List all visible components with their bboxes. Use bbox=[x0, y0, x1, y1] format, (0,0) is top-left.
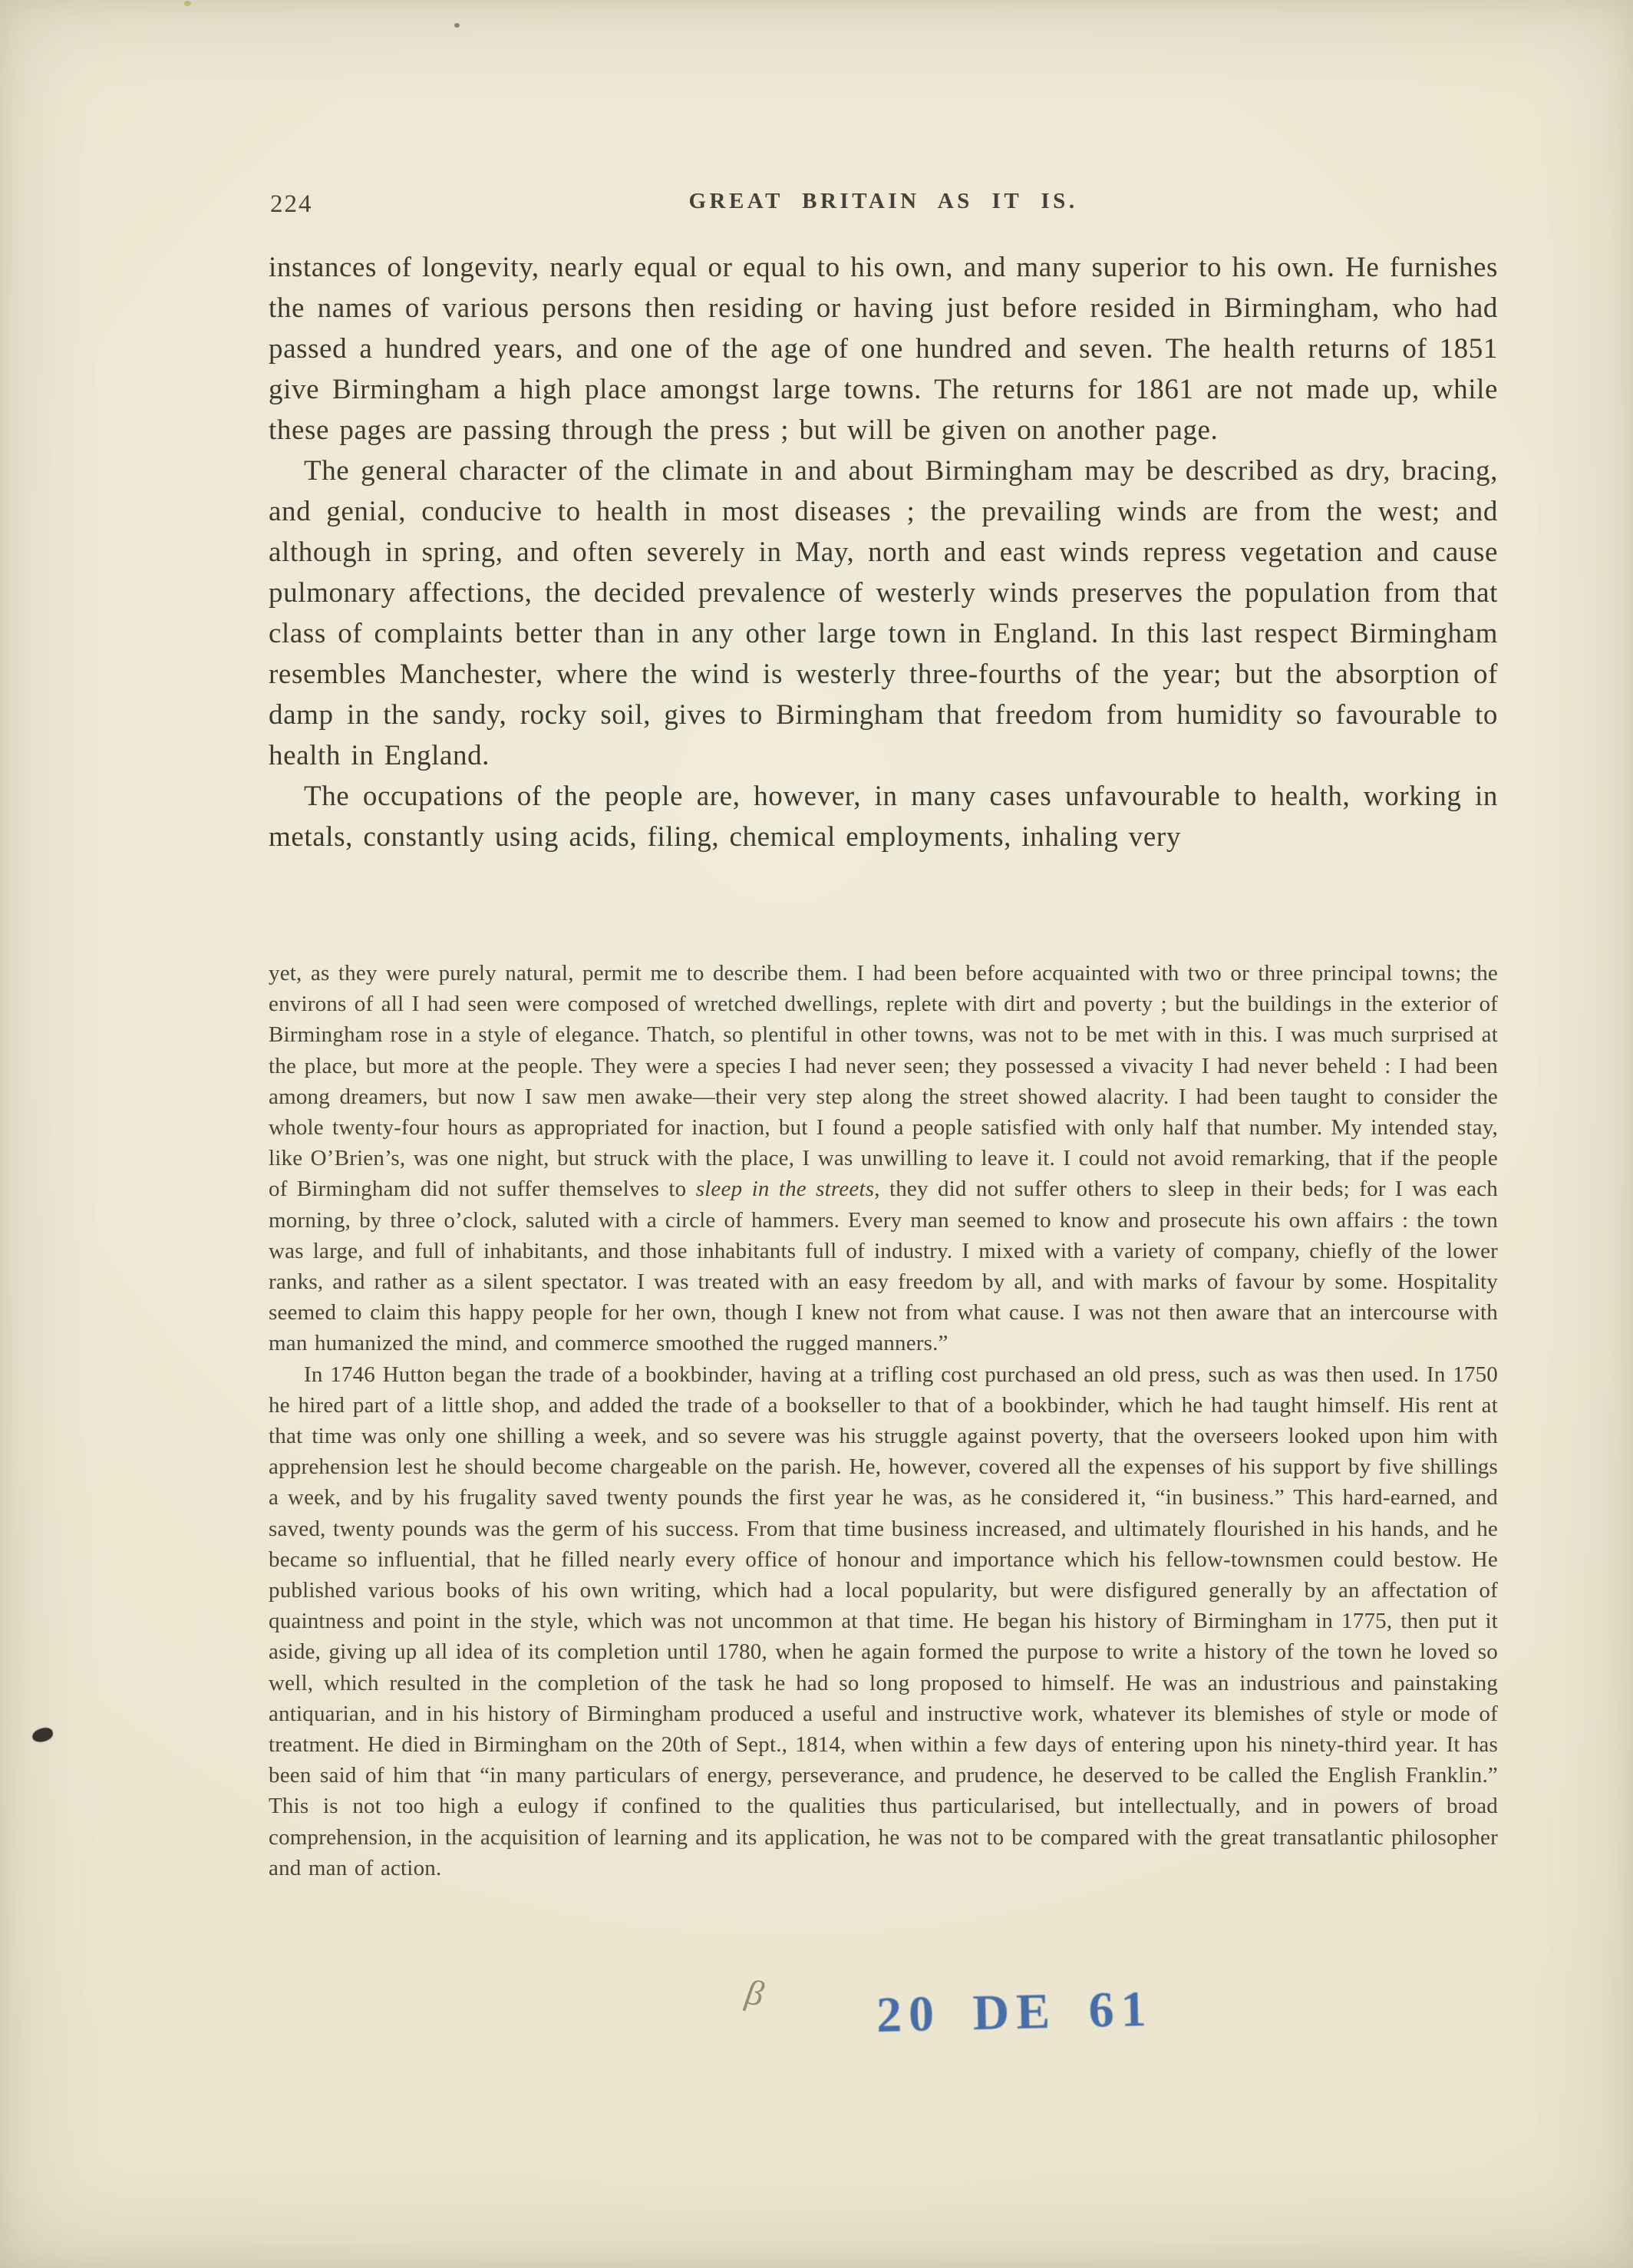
text-segment: The occupations of the people are, howev… bbox=[269, 781, 1498, 853]
paragraph: instances of longevity, nearly equal or … bbox=[269, 247, 1498, 451]
text-segment: yet, as they were purely natural, permit… bbox=[269, 961, 1498, 1201]
running-title: GREAT BRITAIN AS IT IS. bbox=[269, 189, 1498, 214]
paper-speck bbox=[454, 23, 460, 28]
italic-text-segment: sleep in the streets bbox=[696, 1177, 875, 1201]
library-date-stamp: 20 DE 61 bbox=[876, 1980, 1153, 2045]
text-segment: , they did not suffer others to sleep in… bbox=[269, 1177, 1498, 1355]
paragraph: yet, as they were purely natural, permit… bbox=[269, 958, 1498, 1359]
text-segment: instances of longevity, nearly equal or … bbox=[269, 252, 1498, 446]
paper-speck bbox=[810, 588, 815, 593]
paragraph: In 1746 Hutton began the trade of a book… bbox=[269, 1359, 1498, 1883]
footnote-text-block: yet, as they were purely natural, permit… bbox=[269, 958, 1498, 1883]
page-number: 224 bbox=[270, 190, 313, 219]
handwritten-mark: β bbox=[743, 1972, 767, 2015]
paper-speck bbox=[184, 1, 191, 6]
paragraph: The occupations of the people are, howev… bbox=[269, 776, 1498, 857]
scanned-book-page: 224 GREAT BRITAIN AS IT IS. instances of… bbox=[0, 0, 1633, 2268]
ink-blot bbox=[31, 1726, 54, 1744]
paragraph: The general character of the climate in … bbox=[269, 451, 1498, 776]
main-text-block: instances of longevity, nearly equal or … bbox=[269, 247, 1498, 857]
text-segment: The general character of the climate in … bbox=[269, 455, 1498, 771]
text-segment: In 1746 Hutton began the trade of a book… bbox=[269, 1362, 1498, 1880]
page-header: 224 GREAT BRITAIN AS IT IS. bbox=[269, 189, 1498, 223]
